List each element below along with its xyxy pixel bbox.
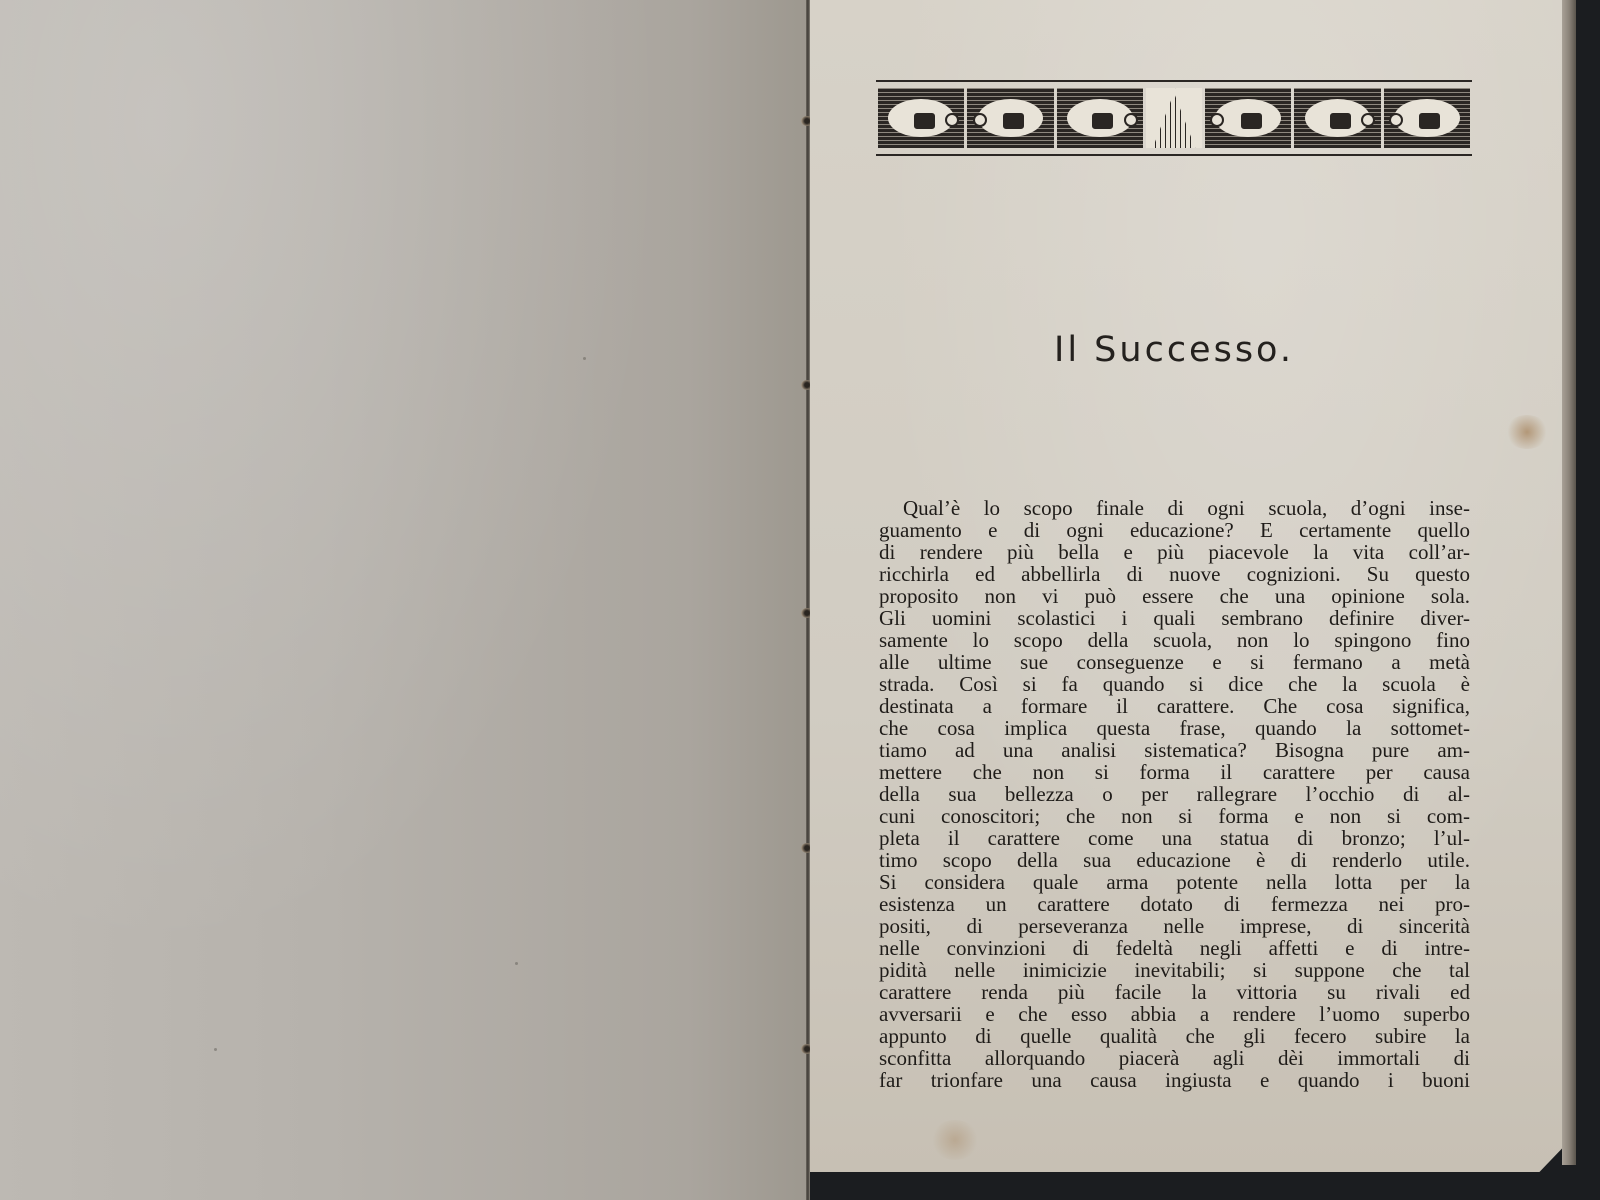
text-line: carattere renda più facile la vittoria s…: [879, 981, 1470, 1003]
ornament-center-tile: [1146, 88, 1202, 148]
text-line: di rendere più bella e più piacevole la …: [879, 541, 1470, 563]
text-line: samente lo scopo della scuola, non lo sp…: [879, 629, 1470, 651]
text-line: Si considera quale arma potente nella lo…: [879, 871, 1470, 893]
text-line: che cosa implica questa frase, quando la…: [879, 717, 1470, 739]
text-line: cuni conoscitori; che non si forma e non…: [879, 805, 1470, 827]
left-page-blank: [0, 0, 808, 1200]
chapter-title: Il Successo.: [876, 330, 1472, 370]
text-line: pidità nelle inimicizie inevitabili; si …: [879, 959, 1470, 981]
paper-speck: [583, 357, 586, 360]
ornament-top-rule: [876, 80, 1472, 82]
ornament-tile: [1384, 88, 1470, 148]
text-line: appunto di quelle qualità che gli fecero…: [879, 1025, 1470, 1047]
text-line: sconfitta allorquando piacerà agli dèi i…: [879, 1047, 1470, 1069]
ornament-tile: [1205, 88, 1291, 148]
text-line: strada. Così si fa quando si dice che la…: [879, 673, 1470, 695]
text-line: tiamo ad una analisi sistematica? Bisogn…: [879, 739, 1470, 761]
ornament-tile: [1057, 88, 1143, 148]
text-line: della sua bellezza o per rallegrare l’oc…: [879, 783, 1470, 805]
text-line: avversarii e che esso abbia a rendere l’…: [879, 1003, 1470, 1025]
text-line: alle ultime sue conseguenze e si fermano…: [879, 651, 1470, 673]
ornament-tile: [878, 88, 964, 148]
text-line: Qual’è lo scopo finale di ogni scuola, d…: [879, 497, 1470, 519]
text-line: mettere che non si forma il carattere pe…: [879, 761, 1470, 783]
text-line: guamento e di ogni educazione? E certame…: [879, 519, 1470, 541]
page-block-edge: [1562, 0, 1576, 1165]
text-line: ricchirla ed abbellirla di nuove cognizi…: [879, 563, 1470, 585]
ornament-tile: [1294, 88, 1380, 148]
text-line: destinata a formare il carattere. Che co…: [879, 695, 1470, 717]
book-gutter: [806, 0, 810, 1200]
text-line: proposito non vi può essere che una opin…: [879, 585, 1470, 607]
text-line: timo scopo della sua educazione è di ren…: [879, 849, 1470, 871]
paper-speck: [214, 1048, 217, 1051]
text-line: far trionfare una causa ingiusta e quand…: [879, 1069, 1470, 1091]
ornament-bottom-rule: [876, 154, 1472, 156]
foxing-stain: [930, 1120, 980, 1160]
text-line: Gli uomini scolastici i quali sembrano d…: [879, 607, 1470, 629]
foxing-stain: [1505, 415, 1549, 449]
text-line: positi, di perseveranza nelle imprese, d…: [879, 915, 1470, 937]
body-paragraph: Qual’è lo scopo finale di ogni scuola, d…: [879, 497, 1470, 1091]
ornament-tile: [967, 88, 1053, 148]
decorative-header-ornament: [876, 78, 1472, 160]
ornament-band: [878, 88, 1470, 148]
text-line: pleta il carattere come una statua di br…: [879, 827, 1470, 849]
text-line: esistenza un carattere dotato di fermezz…: [879, 893, 1470, 915]
text-line: nelle convinzioni di fedeltà negli affet…: [879, 937, 1470, 959]
paper-speck: [515, 962, 518, 965]
